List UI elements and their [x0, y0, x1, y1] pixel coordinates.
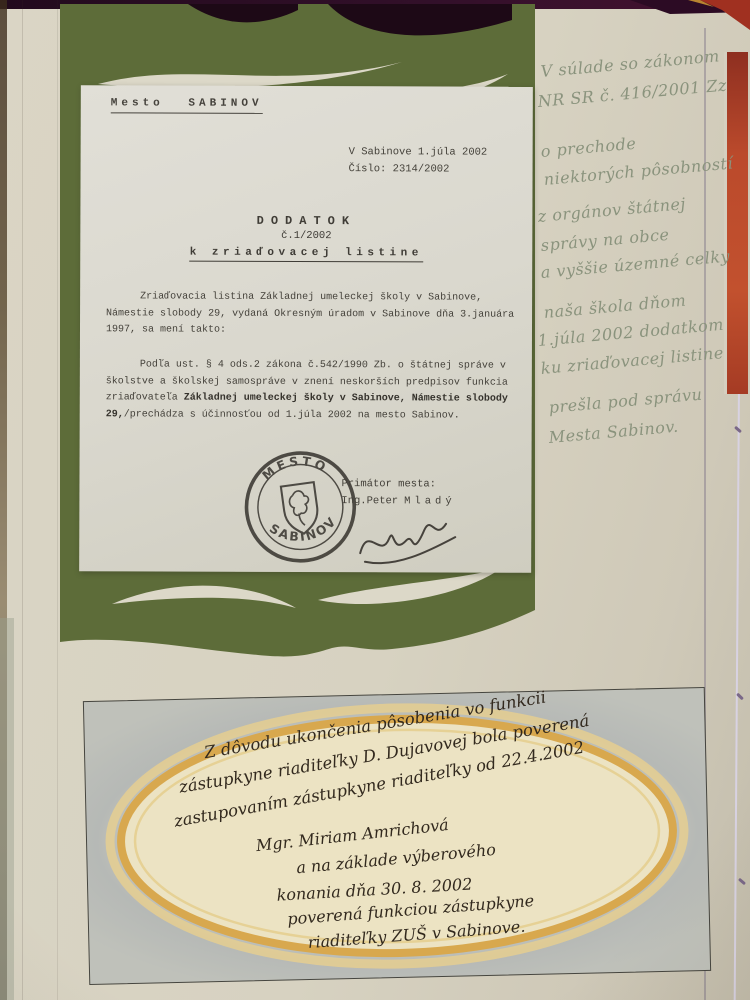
margin-note-line: naša škola dňom — [543, 291, 687, 322]
svg-text:MESTO: MESTO — [257, 449, 332, 484]
page-left-edge-shadow — [0, 618, 14, 1000]
page-crease — [57, 0, 58, 1000]
stitch-knot — [738, 878, 746, 885]
paragraph-2: Podľa ust. § 4 ods.2 zákona č.542/1990 Z… — [106, 357, 530, 424]
date-block: V Sabinove 1.júla 2002 Číslo: 2314/2002 — [349, 144, 488, 178]
mayor-title: Ing.Peter — [341, 495, 398, 507]
mayor-surname: Mladý — [404, 495, 456, 507]
document-number-line: Číslo: 2314/2002 — [349, 161, 488, 178]
chronicle-page-photo: Mesto SABINOV V Sabinove 1.júla 2002 Čís… — [0, 0, 750, 1000]
place-date-line: V Sabinove 1.júla 2002 — [349, 144, 488, 161]
margin-note-line: NR SR č. 416/2001 Zz — [537, 75, 728, 110]
mayor-name: Ing.PeterMladý — [341, 495, 455, 507]
coat-of-arms-figure — [288, 490, 312, 527]
margin-note-line: správy na obce — [540, 225, 670, 255]
title-subject: k zriaďovacej listine — [190, 247, 423, 263]
title-block: DODATOK č.1/2002 k zriaďovacej listine — [80, 213, 532, 263]
red-bookmark-edge — [727, 52, 748, 394]
paragraph-2-post: prechádza s účinnosťou od 1.júla 2002 na… — [130, 409, 460, 421]
oval-annotation-frame: Z dôvodu ukončenia pôsobenia vo funkcii … — [83, 687, 711, 985]
book-cover-corner — [630, 0, 750, 44]
margin-note-line: o prechode — [540, 134, 637, 161]
stamp-text-top: MESTO — [257, 449, 332, 484]
letterhead: Mesto SABINOV — [111, 97, 263, 114]
page-crease — [22, 0, 23, 1000]
mayor-signature-icon — [351, 510, 481, 568]
margin-note-line: V súlade so zákonom — [540, 46, 720, 81]
title-dodatok: DODATOK — [80, 213, 532, 229]
margin-note-line: prešla pod správu — [548, 385, 703, 417]
stitch-knot — [734, 426, 742, 434]
official-document: Mesto SABINOV V Sabinove 1.júla 2002 Čís… — [79, 85, 533, 573]
paragraph-1: Zriaďovacia listina Základnej umeleckej … — [106, 289, 530, 340]
margin-note-line: z orgánov štátnej — [537, 194, 687, 226]
margin-note-line: Mesta Sabinov. — [548, 417, 679, 447]
margin-note-line: ku zriaďovacej listine — [540, 343, 724, 378]
mayor-label: Primátor mesta: — [341, 478, 436, 490]
